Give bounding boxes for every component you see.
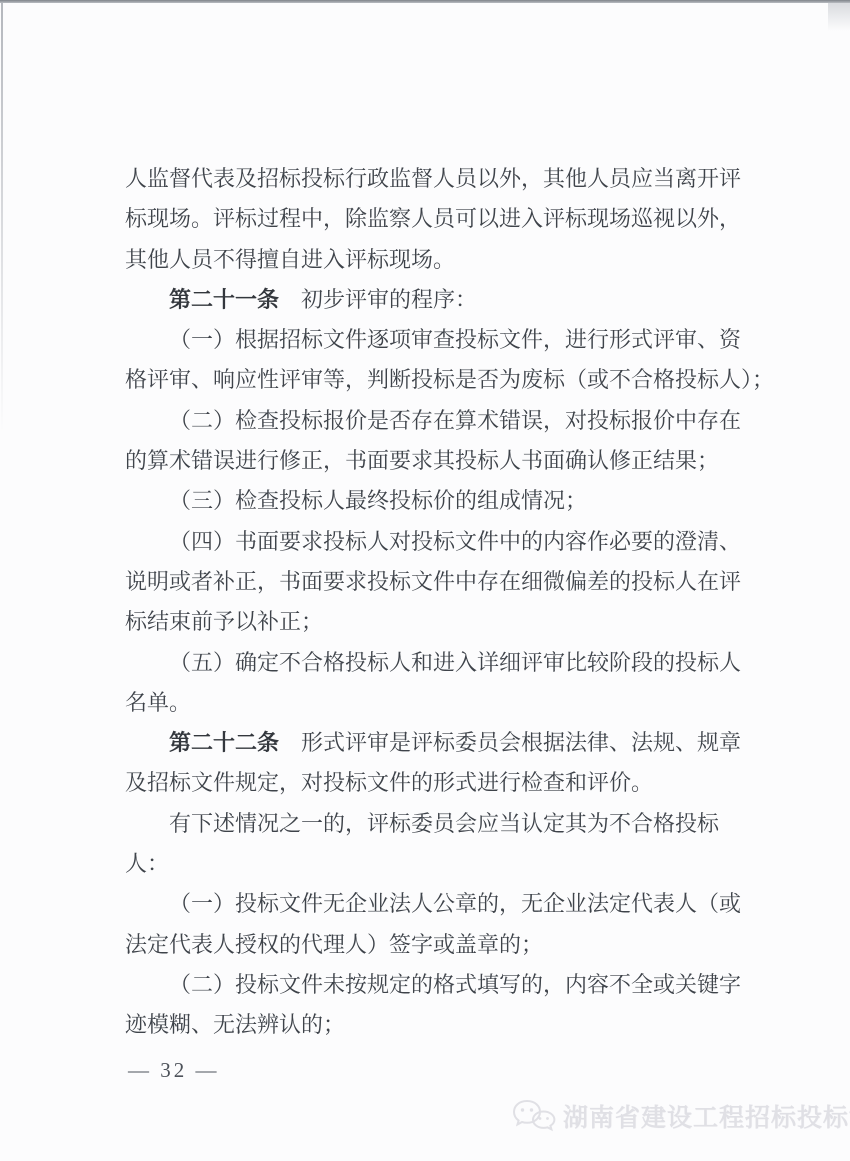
document-body: 人监督代表及招标投标行政监督人员以外，其他人员应当离开评标现场。评标过程中，除监… — [125, 159, 745, 1046]
wechat-logo-icon — [512, 1098, 556, 1134]
text-line: 其他人员不得擅自进入评标现场。 — [125, 240, 745, 280]
text-line: （二）检查投标报价是否存在算术错误，对投标报价中存在 — [125, 401, 745, 441]
text-line: 法定代表人授权的代理人）签字或盖章的； — [125, 925, 745, 965]
text-line: 有下述情况之一的，评标委员会应当认定其为不合格投标 — [125, 804, 745, 844]
text-line: （三）检查投标人最终投标价的组成情况； — [125, 481, 745, 521]
text-line: 及招标文件规定，对投标文件的形式进行检查和评价。 — [125, 763, 745, 803]
text-line: 标结束前予以补正； — [125, 602, 745, 642]
scan-edge-top — [0, 0, 850, 3]
article-number: 第二十一条 — [169, 287, 279, 312]
text-line: （五）确定不合格投标人和进入详细评审比较阶段的投标人 — [125, 643, 745, 683]
text-line: 迹模糊、无法辨认的； — [125, 1005, 745, 1045]
scan-edge-left — [1, 3, 3, 433]
text-line: （一）根据招标文件逐项审查投标文件，进行形式评审、资 — [125, 320, 745, 360]
text-line: 人： — [125, 844, 745, 884]
text-line: 标现场。评标过程中，除监察人员可以进入评标现场巡视以外， — [125, 199, 745, 239]
text-line: 格评审、响应性评审等，判断投标是否为废标（或不合格投标人）； — [125, 360, 745, 400]
text-line: 人监督代表及招标投标行政监督人员以外，其他人员应当离开评 — [125, 159, 745, 199]
text-line: 说明或者补正，书面要求投标文件中存在细微偏差的投标人在评 — [125, 562, 745, 602]
text-line: （一）投标文件无企业法人公章的，无企业法定代表人（或 — [125, 884, 745, 924]
scanned-page: 人监督代表及招标投标行政监督人员以外，其他人员应当离开评标现场。评标过程中，除监… — [0, 0, 850, 1161]
text-line: （二）投标文件未按规定的格式填写的，内容不全或关键字 — [125, 965, 745, 1005]
page-number: — 32 — — [128, 1058, 220, 1083]
text-line: 名单。 — [125, 683, 745, 723]
text-line: 第二十二条 形式评审是评标委员会根据法律、法规、规章 — [125, 723, 745, 763]
text-line: 的算术错误进行修正，书面要求其投标人书面确认修正结果； — [125, 441, 745, 481]
scan-corner-top-right — [828, 3, 850, 31]
text-line: （四）书面要求投标人对投标文件中的内容作必要的澄清、 — [125, 522, 745, 562]
text-line: 第二十一条 初步评审的程序： — [125, 280, 745, 320]
article-number: 第二十二条 — [169, 730, 279, 755]
watermark-text: 湖南省建设工程招标投标协会 — [563, 1098, 850, 1134]
footer-watermark: 湖南省建设工程招标投标协会 — [512, 1098, 850, 1134]
